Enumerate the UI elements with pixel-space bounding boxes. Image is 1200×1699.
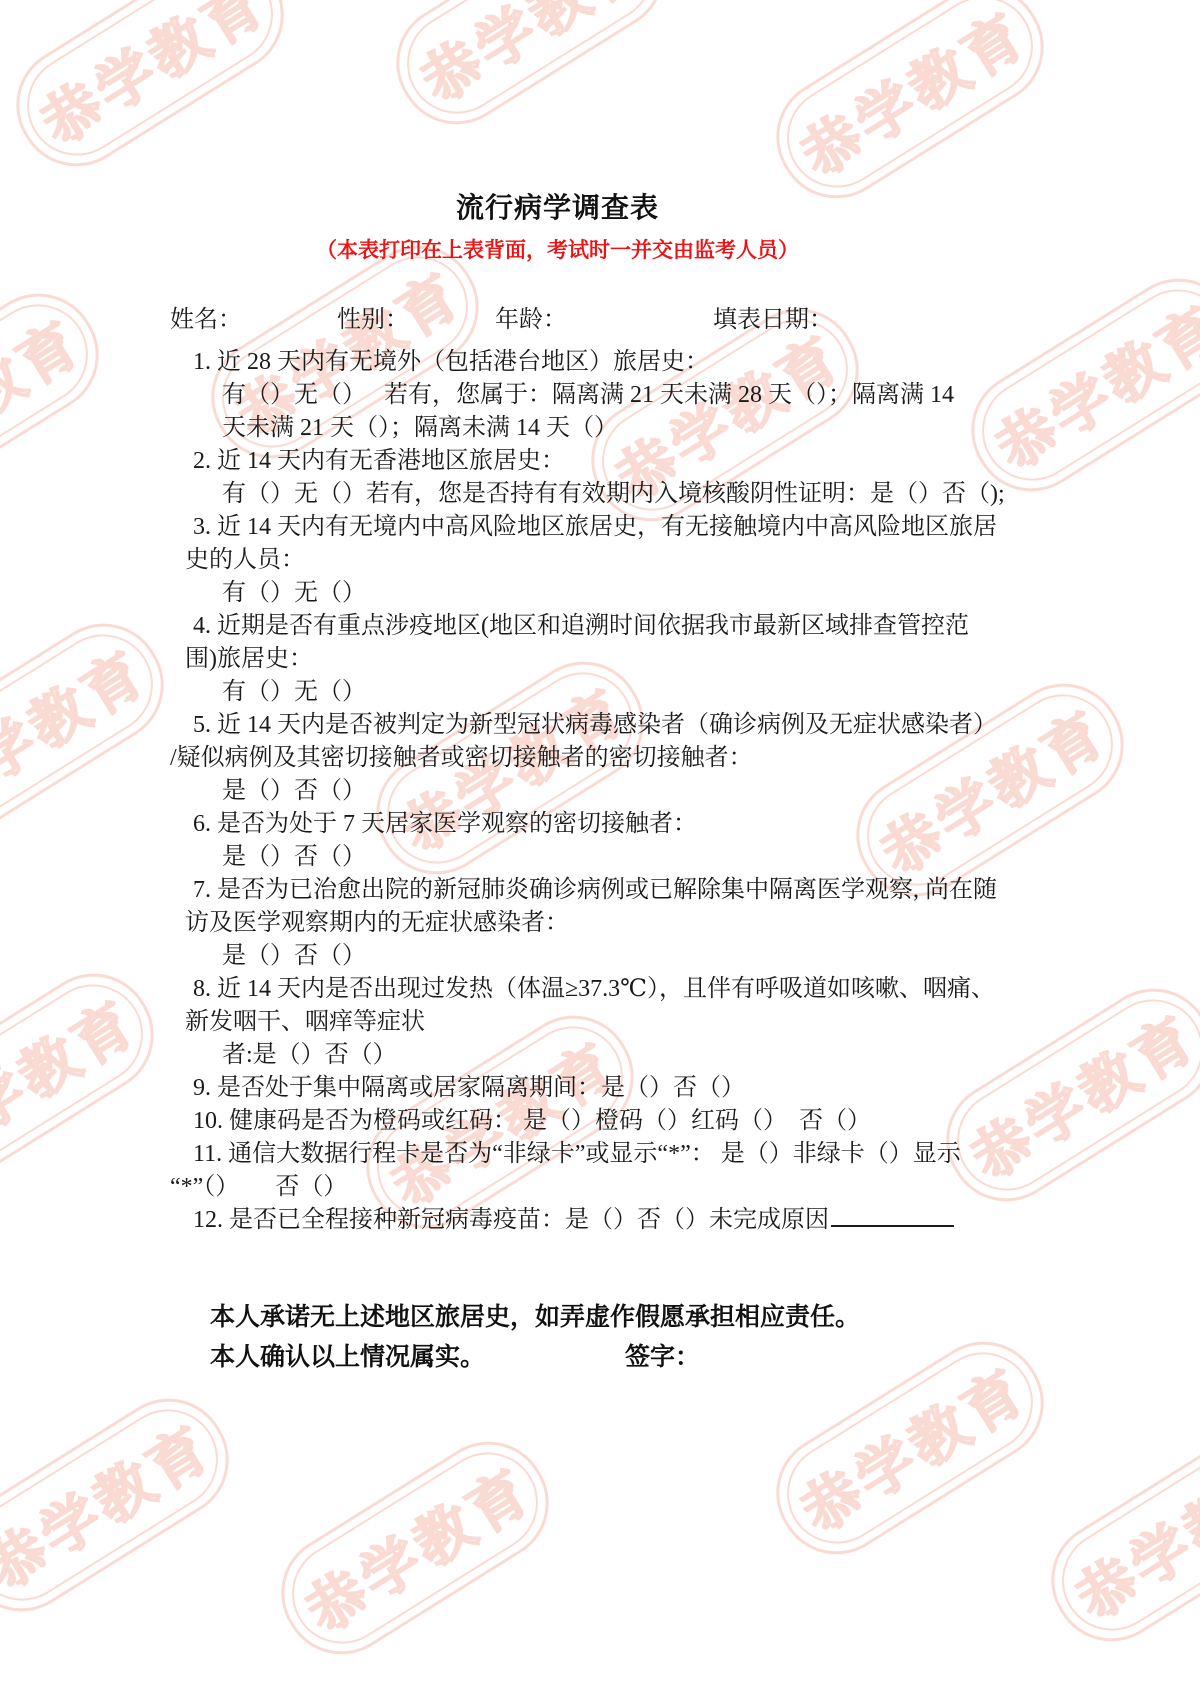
question-line: 4. 近期是否有重点涉疫地区(地区和追溯时间依据我市最新区域排查管控范	[170, 610, 945, 643]
watermark-text: 恭学教育	[974, 281, 1200, 488]
age-field-label: 年龄：	[495, 304, 567, 337]
questions-list: 1. 近 28 天内有无境外（包括港台地区）旅居史：有（）无（） 若有，您属于：…	[170, 346, 945, 1237]
question-line: 3. 近 14 天内有无境内中高风险地区旅居史，有无接触境内中高风险地区旅居	[170, 511, 945, 544]
question-line-text: 是（）否（）	[222, 778, 366, 804]
question-line-text: 是（）否（）	[222, 943, 366, 969]
watermark-text: 恭学教育	[1054, 1431, 1200, 1638]
watermark-text: 恭学教育	[0, 976, 151, 1183]
question-line: /疑似病例及其密切接触者或密切接触者的密切接触者：	[170, 742, 945, 775]
question-line: 9. 是否处于集中隔离或居家隔离期间：是（）否（）	[170, 1072, 945, 1105]
form-content: 流行病学调查表 （本表打印在上表背面，考试时一并交由监考人员） 姓名： 性别： …	[170, 0, 945, 1377]
question-line-text: 有（）无（）若有，您是否持有有效期内入境核酸阴性证明：是（）否（);	[222, 481, 1005, 507]
question-line: 是（）否（）	[170, 841, 945, 874]
question-line: 5. 近 14 天内是否被判定为新型冠状病毒感染者（确诊病例及无症状感染者）	[170, 709, 945, 742]
question-line-text: 4. 近期是否有重点涉疫地区(地区和追溯时间依据我市最新区域排查管控范	[193, 613, 969, 639]
watermark-text: 恭学教育	[0, 1401, 226, 1608]
question-line: 7. 是否为已治愈出院的新冠肺炎确诊病例或已解除集中隔离医学观察, 尚在随	[170, 874, 945, 907]
subtitle-note: （本表打印在上表背面，考试时一并交由监考人员）	[170, 238, 945, 264]
question-line: 12. 是否已全程接种新冠病毒疫苗：是（）否（）未完成原因	[170, 1204, 945, 1237]
watermark-logo: 恭学教育	[0, 1377, 251, 1634]
question-line: 新发咽干、咽痒等症状	[170, 1006, 945, 1039]
watermark-logo: 恭学教育	[0, 602, 186, 859]
question-line-text: 11. 通信大数据行程卡是否为“非绿卡”或显示“*”： 是（）非绿卡（）显示	[193, 1141, 961, 1167]
question-line-text: 10. 健康码是否为橙码或红码： 是（）橙码（）红码（） 否（）	[193, 1108, 871, 1134]
question-line-text: 12. 是否已全程接种新冠病毒疫苗：是（）否（）未完成原因	[193, 1207, 829, 1233]
question-line: 1. 近 28 天内有无境外（包括港台地区）旅居史：	[170, 346, 945, 379]
question-line: 有（）无（） 若有，您属于：隔离满 21 天未满 28 天（）；隔离满 14	[170, 379, 945, 412]
watermark-text: 恭学教育	[0, 296, 96, 503]
watermark-text: 恭学教育	[0, 626, 161, 833]
question-line-text: 有（）无（）	[222, 679, 366, 705]
question-line: 围)旅居史：	[170, 643, 945, 676]
question-line-text: 5. 近 14 天内是否被判定为新型冠状病毒感染者（确诊病例及无症状感染者）	[193, 712, 997, 738]
question-line-text: 是（）否（）	[222, 844, 366, 870]
question-line-text: 9. 是否处于集中隔离或居家隔离期间：是（）否（）	[193, 1075, 745, 1101]
gender-field-label: 性别：	[337, 304, 409, 337]
watermark-logo: 恭学教育	[0, 952, 176, 1209]
declaration-line-2-row: 本人确认以上情况属实。 签字：	[170, 1337, 945, 1377]
watermark-logo: 恭学教育	[259, 1420, 570, 1677]
question-line-text: 有（）无（） 若有，您属于：隔离满 21 天未满 28 天（）；隔离满 14	[222, 382, 954, 408]
question-line-text: 3. 近 14 天内有无境内中高风险地区旅居史，有无接触境内中高风险地区旅居	[193, 514, 997, 540]
watermark-logo: 恭学教育	[1029, 1407, 1200, 1664]
question-line: 2. 近 14 天内有无香港地区旅居史：	[170, 445, 945, 478]
question-line: 11. 通信大数据行程卡是否为“非绿卡”或显示“*”： 是（）非绿卡（）显示	[170, 1138, 945, 1171]
question-line: 6. 是否为处于 7 天居家医学观察的密切接触者：	[170, 808, 945, 841]
question-line-text: 有（）无（）	[222, 580, 366, 606]
fill-in-blank	[831, 1205, 954, 1227]
question-line: 8. 近 14 天内是否出现过发热（体温≥37.3℃），且伴有呼吸道如咳嗽、咽痛…	[170, 973, 945, 1006]
declaration-block: 本人承诺无上述地区旅居史，如弄虚作假愿承担相应责任。 本人确认以上情况属实。 签…	[170, 1297, 945, 1377]
question-line-text: 者:是（）否（）	[222, 1042, 397, 1068]
question-line: 天未满 21 天（）；隔离未满 14 天（）	[170, 412, 945, 445]
header-fields-row: 姓名： 性别： 年龄： 填表日期：	[170, 304, 945, 337]
watermark-text: 恭学教育	[284, 1444, 546, 1651]
question-line: 有（）无（）	[170, 577, 945, 610]
question-line: 史的人员：	[170, 544, 945, 577]
question-line: 10. 健康码是否为橙码或红码： 是（）橙码（）红码（） 否（）	[170, 1105, 945, 1138]
watermark-text: 恭学教育	[949, 991, 1200, 1198]
question-line-text: 7. 是否为已治愈出院的新冠肺炎确诊病例或已解除集中隔离医学观察, 尚在随	[193, 877, 997, 903]
question-line-text: 2. 近 14 天内有无香港地区旅居史：	[193, 448, 565, 474]
page-title: 流行病学调查表	[170, 190, 945, 226]
document-page: 恭学教育恭学教育恭学教育恭学教育恭学教育恭学教育恭学教育恭学教育恭学教育恭学教育…	[0, 0, 1200, 1699]
question-line-text: 天未满 21 天（）；隔离未满 14 天（）	[222, 415, 618, 441]
question-line-text: 1. 近 28 天内有无境外（包括港台地区）旅居史：	[193, 349, 709, 375]
question-line: 有（）无（）若有，您是否持有有效期内入境核酸阴性证明：是（）否（);	[170, 478, 945, 511]
question-line-text: 新发咽干、咽痒等症状	[185, 1009, 425, 1035]
question-line-text: 史的人员：	[185, 547, 305, 573]
question-line-text: “*”（） 否（）	[170, 1174, 347, 1200]
question-line: 是（）否（）	[170, 775, 945, 808]
question-line-text: /疑似病例及其密切接触者或密切接触者的密切接触者：	[170, 745, 753, 771]
declaration-line-2: 本人确认以上情况属实。	[210, 1343, 485, 1371]
question-line: 者:是（）否（）	[170, 1039, 945, 1072]
signature-label: 签字：	[625, 1337, 700, 1377]
question-line-text: 访及医学观察期内的无症状感染者：	[185, 910, 569, 936]
question-line: 访及医学观察期内的无症状感染者：	[170, 907, 945, 940]
question-line: “*”（） 否（）	[170, 1171, 945, 1204]
question-line-text: 围)旅居史：	[185, 646, 313, 672]
question-line: 是（）否（）	[170, 940, 945, 973]
declaration-line-1: 本人承诺无上述地区旅居史，如弄虚作假愿承担相应责任。	[170, 1297, 945, 1337]
question-line: 有（）无（）	[170, 676, 945, 709]
date-field-label: 填表日期：	[713, 304, 833, 337]
question-line-text: 8. 近 14 天内是否出现过发热（体温≥37.3℃），且伴有呼吸道如咳嗽、咽痛…	[193, 976, 995, 1002]
question-line-text: 6. 是否为处于 7 天居家医学观察的密切接触者：	[193, 811, 697, 837]
name-field-label: 姓名：	[170, 304, 242, 337]
watermark-logo: 恭学教育	[0, 272, 121, 529]
watermark-logo: 恭学教育	[949, 257, 1200, 514]
